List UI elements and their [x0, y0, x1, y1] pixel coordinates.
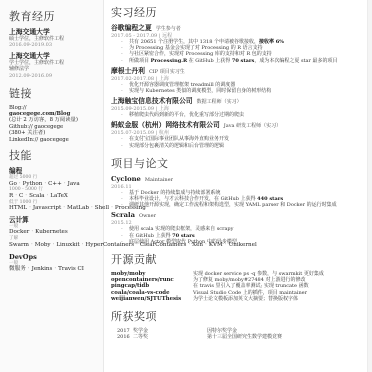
entry-title: Cyclone [111, 175, 141, 183]
skill-item: Docker [9, 229, 29, 235]
skills-heading: 技能 [9, 147, 103, 163]
links-list: Blog://gaocegege.com/Blog(总计 2 万访客，8 万阅读… [9, 105, 103, 143]
education-item: 上海交通大学学士学位，主修软件工程辅修法学2012.09-2016.09 [9, 52, 103, 78]
skill-items: Swarm·Moby·Linuxkit·HyperContainers·Clea… [9, 242, 103, 249]
repo-name[interactable]: weijianwen/SJTUThesis [111, 296, 193, 302]
skill-group: 编程超过 5000 行Go·Python·C++·Java1000 - 5000… [9, 167, 103, 212]
bullet-list: 优化开源容器调度管理框架 treadmill 的调度器实现与 Kubernete… [111, 82, 366, 94]
entry-role: Java 研发工程师（实习） [224, 123, 281, 129]
profile-link[interactable]: LinkedIn:// gaocegege [9, 137, 103, 143]
skill-item: Linuxkit [56, 242, 79, 248]
contribution-desc: 为学士论文模板添加英文大摘要；替换版权字体 [193, 296, 366, 302]
bullet-list: 共有 20651 个注册学生，其中 1318 个申请被谷歌接收，接收率 6%为 … [111, 39, 366, 64]
internship-entry: 摩根士丹利CIP 项目实习生2017.02-2017.08 | 上海优化开源容器… [111, 67, 366, 94]
entry-role: CIP 项目实习生 [149, 69, 185, 75]
awards-heading: 所获奖项 [111, 308, 366, 324]
skill-item: Travis CI [58, 266, 84, 272]
skill-item: Jenkins [32, 266, 53, 272]
resume-page: 教育经历 上海交通大学硕士学位，主修软件工程2016.09-2019.03上海交… [0, 0, 372, 372]
skill-items: 微服务·Jenkins·Travis CI [9, 266, 103, 273]
entry-header: 摩根士丹利CIP 项目实习生 [111, 67, 366, 76]
skill-item: Swarm [9, 242, 29, 248]
entry-header: ScralaOwner [111, 211, 366, 220]
skill-items: R·C·Scala·LaTeX [9, 193, 103, 200]
skill-items: HTML·Javascript·MatLab·Shell·Processing [9, 205, 103, 212]
main-column: 实习经历 谷歌编程之夏学生参与者2017.05 - 2017.09 | 远程共有… [111, 4, 366, 340]
skill-item: Go [9, 181, 17, 187]
skill-group: DevOps一般微服务·Jenkins·Travis CI [9, 253, 103, 273]
skill-item: HTML [9, 205, 27, 211]
open-source-row: weijianwen/SJTUThesis为学士论文模板添加英文大摘要；替换版权… [111, 296, 366, 302]
skill-item: Python [23, 181, 43, 187]
entry-title: 摩根士丹利 [111, 67, 145, 75]
entry-role: Owner [139, 213, 156, 219]
bullet-item: 实现部分包裹清关的逻辑和后台管理的逻辑 [121, 143, 366, 149]
skill-item: Shell [95, 205, 109, 211]
entry-title: 谷歌编程之夏 [111, 24, 152, 32]
bullet-item: 底层使用 Actor 模型取代 Python 中的异步模型 [121, 239, 366, 245]
award-name: 二等奖 [133, 334, 207, 340]
page-edge [367, 0, 372, 372]
awards-list: 2017奖学金因特尔奖学金2016二等奖第十三届全国研究生数学建模竞赛 [111, 328, 366, 340]
school-name: 上海交通大学 [9, 28, 103, 36]
skill-item: Kubernetes [35, 229, 68, 235]
bullet-list: 移植爬虫代码到新的平台，优化重写部分过期的爬虫 [111, 112, 366, 118]
bullet-item: 实现与 Kubernetes 类似的调度模型，同时保留自身的树形结构 [121, 88, 366, 94]
internship-entry: 谷歌编程之夏学生参与者2017.05 - 2017.09 | 远程共有 2065… [111, 24, 366, 64]
skill-item: 微服务 [9, 266, 26, 272]
skill-group-title: 云计算 [9, 216, 103, 224]
skills-list: 编程超过 5000 行Go·Python·C++·Java1000 - 5000… [9, 167, 103, 273]
entry-title: 蚂蚁金服（杭州）网络技术有限公司 [111, 121, 220, 129]
school-name: 上海交通大学 [9, 52, 103, 60]
skill-item: Scala [29, 193, 44, 199]
entry-role: 学生参与者 [156, 26, 181, 32]
projects-heading: 项目与论文 [111, 155, 366, 171]
skill-item: Javascript [33, 205, 61, 211]
skill-item: MatLab [67, 205, 89, 211]
entry-header: 上海触宝信息技术有限公司数据工程师（实习） [111, 97, 366, 106]
projects-list: CycloneMaintainer2016.11基于 Docker 的持续集成与… [111, 175, 366, 245]
skill-item: Java [68, 181, 80, 187]
links-heading: 链接 [9, 85, 103, 101]
bullet-list: 使用 scala 实现的爬虫框架，灵感来自 scrapy在 GitHub 上获得… [111, 226, 366, 245]
bullet-list: 基于 Docker 的持续集成与持续部署系统本科毕业设计，与才云科技合作开发，在… [111, 190, 366, 209]
skill-group: 云计算一般Docker·Kubernetes了解Swarm·Moby·Linux… [9, 216, 103, 249]
project-entry: ScralaOwner2015.12使用 scala 实现的爬虫框架，灵感来自 … [111, 211, 366, 245]
entry-title: Scrala [111, 211, 135, 219]
internship-entry: 蚂蚁金服（杭州）网络技术有限公司Java 研发工程师（实习）2015.07-20… [111, 121, 366, 148]
bullet-item: 移植爬虫代码到新的平台，优化重写部分过期的爬虫 [121, 112, 366, 118]
award-row: 2016二等奖第十三届全国研究生数学建模竞赛 [111, 334, 366, 340]
education-heading: 教育经历 [9, 8, 103, 24]
skill-item: C++ [48, 181, 62, 187]
education-list: 上海交通大学硕士学位，主修软件工程2016.09-2019.03上海交通大学学士… [9, 28, 103, 79]
skill-item: Moby [35, 242, 51, 248]
education-date: 2016.09-2019.03 [9, 42, 103, 48]
bullet-list: 在支付宝国际事业团队从事海外直购业务开发实现部分包裹清关的逻辑和后台管理的逻辑 [111, 136, 366, 148]
education-date: 2012.09-2016.09 [9, 73, 103, 79]
award-year: 2016 [117, 334, 133, 340]
sidebar: 教育经历 上海交通大学硕士学位，主修软件工程2016.09-2019.03上海交… [0, 0, 104, 372]
project-entry: CycloneMaintainer2016.11基于 Docker 的持续集成与… [111, 175, 366, 209]
bullet-item: 调研其他开源实现，确定工作流程和架构选型，实现 YAML parser 和 Do… [121, 202, 366, 208]
bullet-item: 所做项目 Processing.R 在 GitHub 上获得 70 stars，… [121, 58, 366, 64]
entry-header: CycloneMaintainer [111, 175, 366, 184]
entry-header: 谷歌编程之夏学生参与者 [111, 24, 366, 33]
award-desc: 第十三届全国研究生数学建模竞赛 [207, 334, 282, 340]
internships-list: 谷歌编程之夏学生参与者2017.05 - 2017.09 | 远程共有 2065… [111, 24, 366, 149]
skill-items: Docker·Kubernetes [9, 229, 103, 236]
entry-role: 数据工程师（实习） [197, 99, 242, 105]
internship-entry: 上海触宝信息技术有限公司数据工程师（实习）2015.09-2015.09 | 上… [111, 97, 366, 118]
open-source-list: moby/moby实现 docker service ps -q 参数，与 sw… [111, 271, 366, 302]
entry-role: Maintainer [145, 177, 173, 183]
entry-title: 上海触宝信息技术有限公司 [111, 97, 193, 105]
skill-group-title: 编程 [9, 167, 103, 175]
skill-item: LaTeX [50, 193, 68, 199]
education-item: 上海交通大学硕士学位，主修软件工程2016.09-2019.03 [9, 28, 103, 48]
internships-heading: 实习经历 [111, 4, 366, 20]
skill-group-title: DevOps [9, 253, 103, 261]
open-source-heading: 开源贡献 [111, 251, 366, 267]
